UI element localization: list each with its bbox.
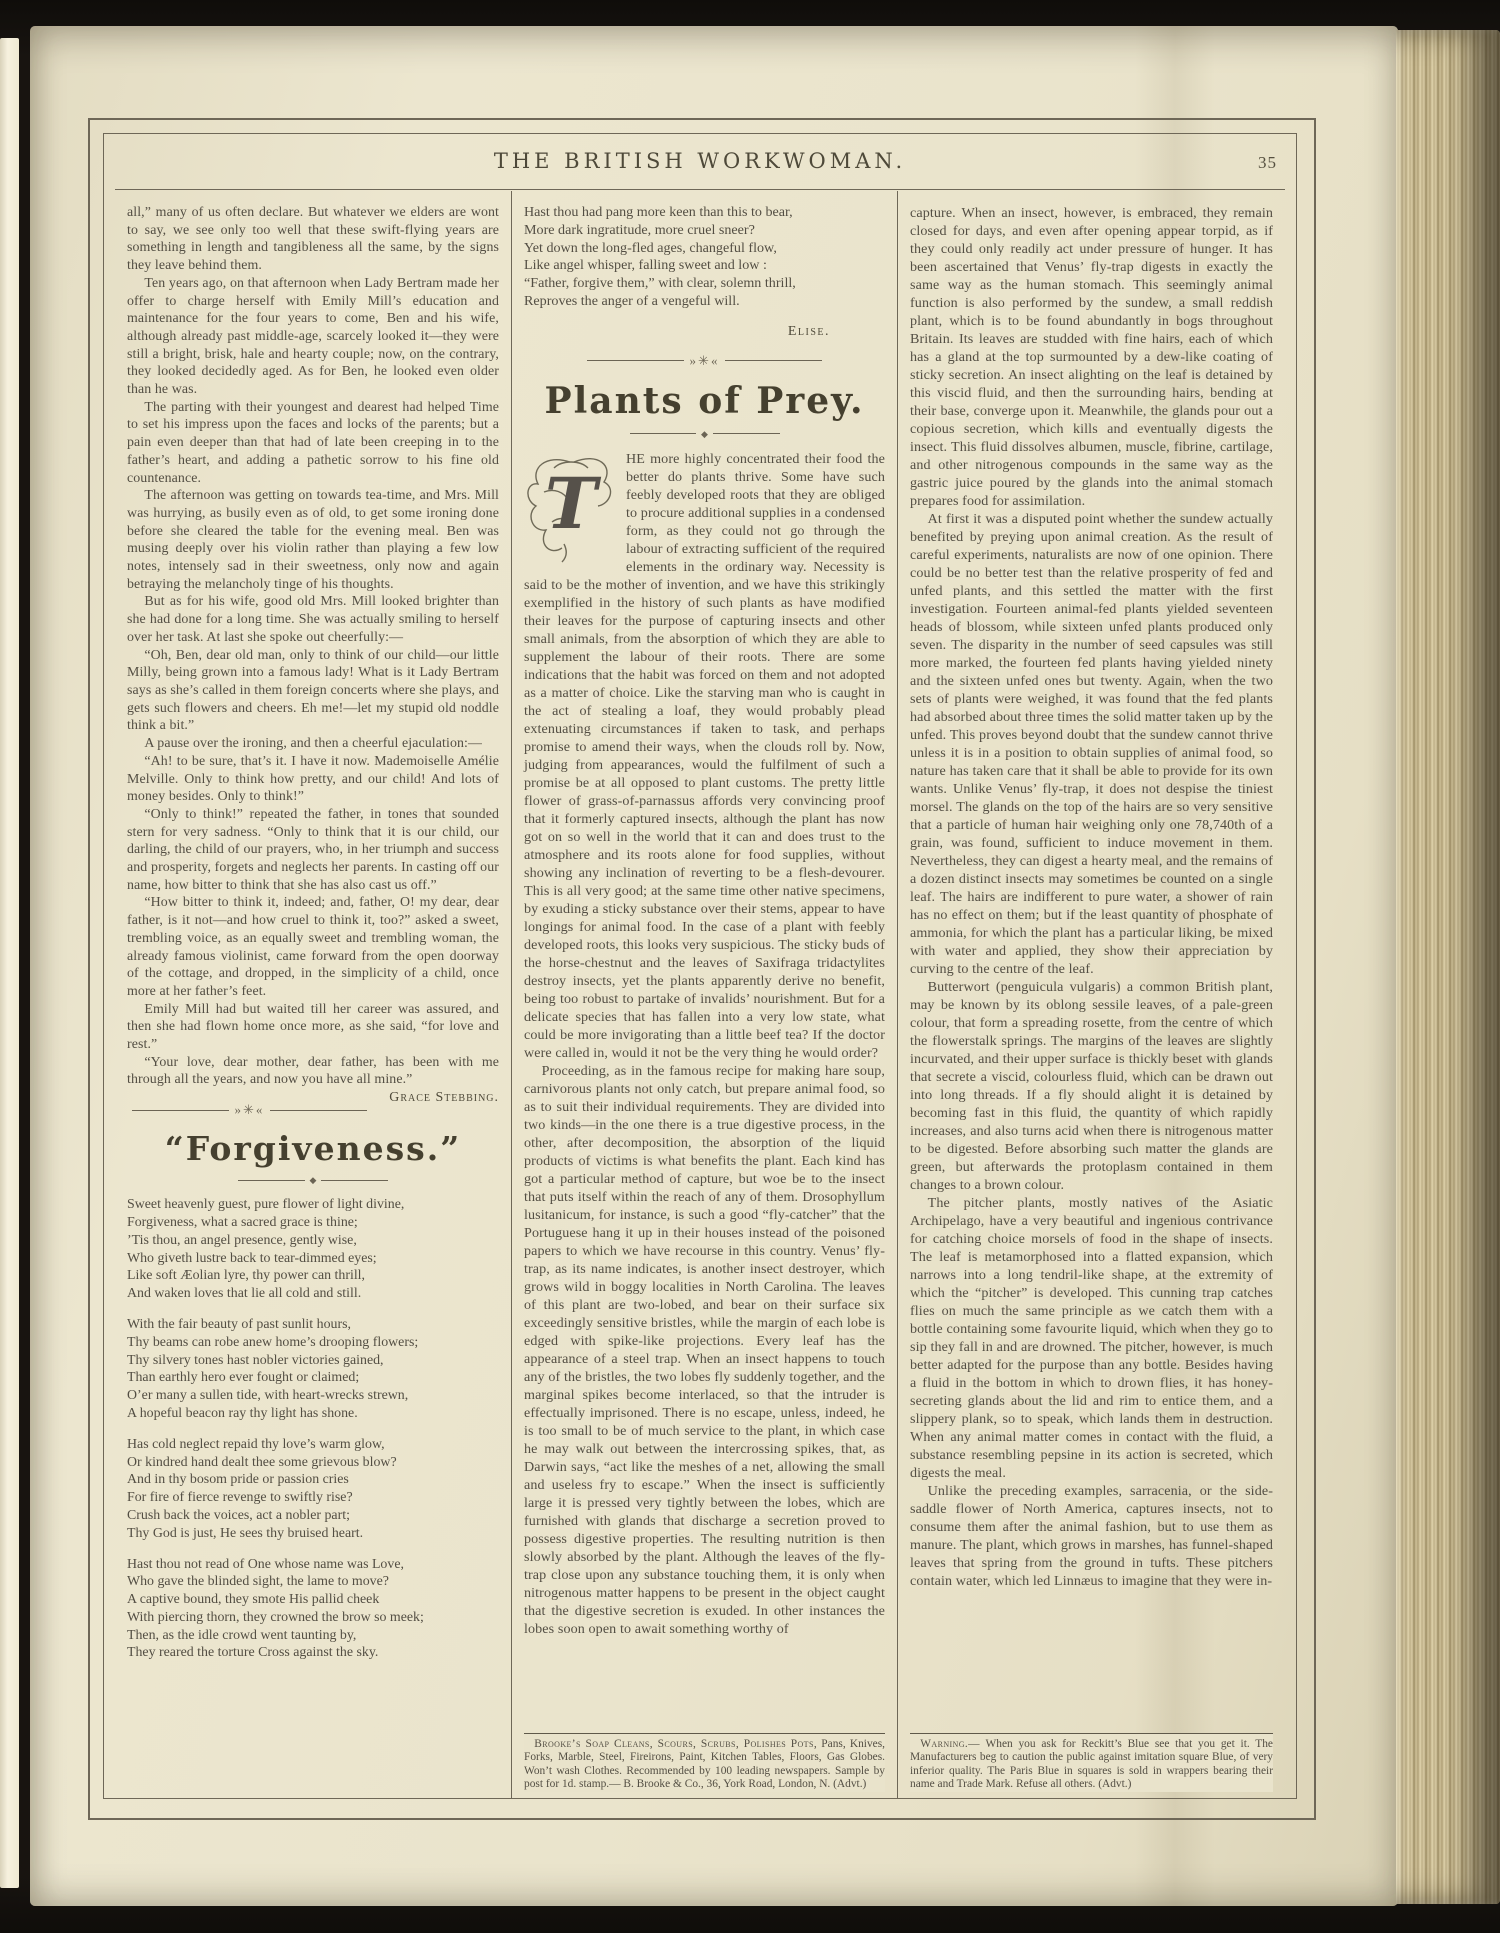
poem-title: “Forgiveness.” [127, 1129, 499, 1168]
decorative-flourish: T [524, 452, 618, 564]
footer-ad-brookes-soap: Brooke’s Soap Cleans, Scours, Scrubs, Po… [524, 1733, 885, 1792]
story-closing-paragraph: “Your love, dear mother, dear father, ha… [127, 1054, 499, 1089]
article-paragraph: Butterwort (penguicula vulgaris) a commo… [910, 978, 1273, 1194]
article-opening-paragraph: T HE more highly concentrated their food… [524, 450, 885, 1062]
separator-ornament: »✳« [587, 356, 822, 366]
story-paragraph: “Oh, Ben, dear old man, only to think of… [127, 647, 499, 736]
column-2: Hast thou had pang more keen than this t… [511, 191, 897, 1798]
article-paragraph: Proceeding, as in the famous recipe for … [524, 1062, 885, 1638]
ad-lead-text: Brooke’s Soap Cleans, Scours, Scrubs, Po… [534, 1738, 817, 1750]
diamond-ornament-icon: ◆ [305, 1176, 322, 1184]
sub-separator-ornament: ◆ [238, 1176, 388, 1184]
column-3: capture. When an insect, however, is emb… [897, 191, 1285, 1798]
story-paragraph: “Only to think!” repeated the father, in… [127, 806, 499, 895]
poem-author-signature: Elise. [524, 324, 885, 340]
drop-cap-initial: T [524, 452, 618, 564]
diamond-ornament-icon: ◆ [696, 430, 713, 438]
masthead-title: THE BRITISH WORKWOMAN. [115, 149, 1285, 173]
book-scan-photo: THE BRITISH WORKWOMAN. 35 all,” many of … [0, 0, 1500, 1933]
poem-stanza: Has cold neglect repaid thy love’s warm … [127, 1436, 499, 1543]
story-paragraph: The parting with their youngest and dear… [127, 399, 499, 488]
article-title: Plants of Prey. [524, 380, 885, 422]
article-paragraph: At first it was a disputed point whether… [910, 510, 1273, 978]
poem-stanza: With the fair beauty of past sunlit hour… [127, 1316, 499, 1423]
page-number: 35 [1258, 153, 1277, 173]
poem-stanza: Hast thou not read of One whose name was… [127, 1556, 499, 1663]
story-paragraph: “Ah! to be sure, that’s it. I have it no… [127, 753, 499, 806]
page-border-inner: THE BRITISH WORKWOMAN. 35 all,” many of … [103, 133, 1297, 1799]
drop-cap-letter: T [545, 462, 602, 545]
story-paragraph: Ten years ago, on that afternoon when La… [127, 275, 499, 399]
poem-stanza: Sweet heavenly guest, pure flower of lig… [127, 1196, 499, 1303]
poem-final-stanza: Hast thou had pang more keen than this t… [524, 204, 885, 311]
sub-separator-ornament: ◆ [630, 430, 780, 438]
article-paragraph: The pitcher plants, mostly natives of th… [910, 1194, 1273, 1482]
adjacent-page-edge [0, 38, 19, 1888]
story-paragraph: But as for his wife, good old Mrs. Mill … [127, 593, 499, 646]
separator-ornament: »✳« [132, 1105, 367, 1115]
story-paragraph: “How bitter to think it, indeed; and, fa… [127, 894, 499, 1000]
asterisk-ornament-icon: »✳« [684, 356, 726, 366]
scanned-page: THE BRITISH WORKWOMAN. 35 all,” many of … [30, 26, 1398, 1906]
page-fore-edge-stack [1396, 30, 1500, 1904]
story-paragraph: Emily Mill had but waited till her caree… [127, 1001, 499, 1054]
article-paragraph: Unlike the preceding examples, sarraceni… [910, 1482, 1273, 1590]
footer-ad-reckitts-blue: Warning.— When you ask for Reckitt’s Blu… [910, 1733, 1273, 1792]
article-paragraph: capture. When an insect, however, is emb… [910, 204, 1273, 510]
story-paragraph: A pause over the ironing, and then a che… [127, 735, 499, 753]
asterisk-ornament-icon: »✳« [229, 1105, 271, 1115]
text-columns: all,” many of us often declare. But what… [115, 191, 1285, 1798]
story-paragraph-text: “Your love, dear mother, dear father, ha… [127, 1055, 499, 1088]
running-head: THE BRITISH WORKWOMAN. 35 [115, 134, 1285, 190]
story-author-signature: Grace Stebbing. [372, 1089, 499, 1107]
story-paragraph: The afternoon was getting on towards tea… [127, 487, 499, 593]
ad-lead-text: Warning.— [920, 1738, 980, 1750]
column-1: all,” many of us often declare. But what… [115, 191, 511, 1798]
story-paragraph: all,” many of us often declare. But what… [127, 204, 499, 275]
